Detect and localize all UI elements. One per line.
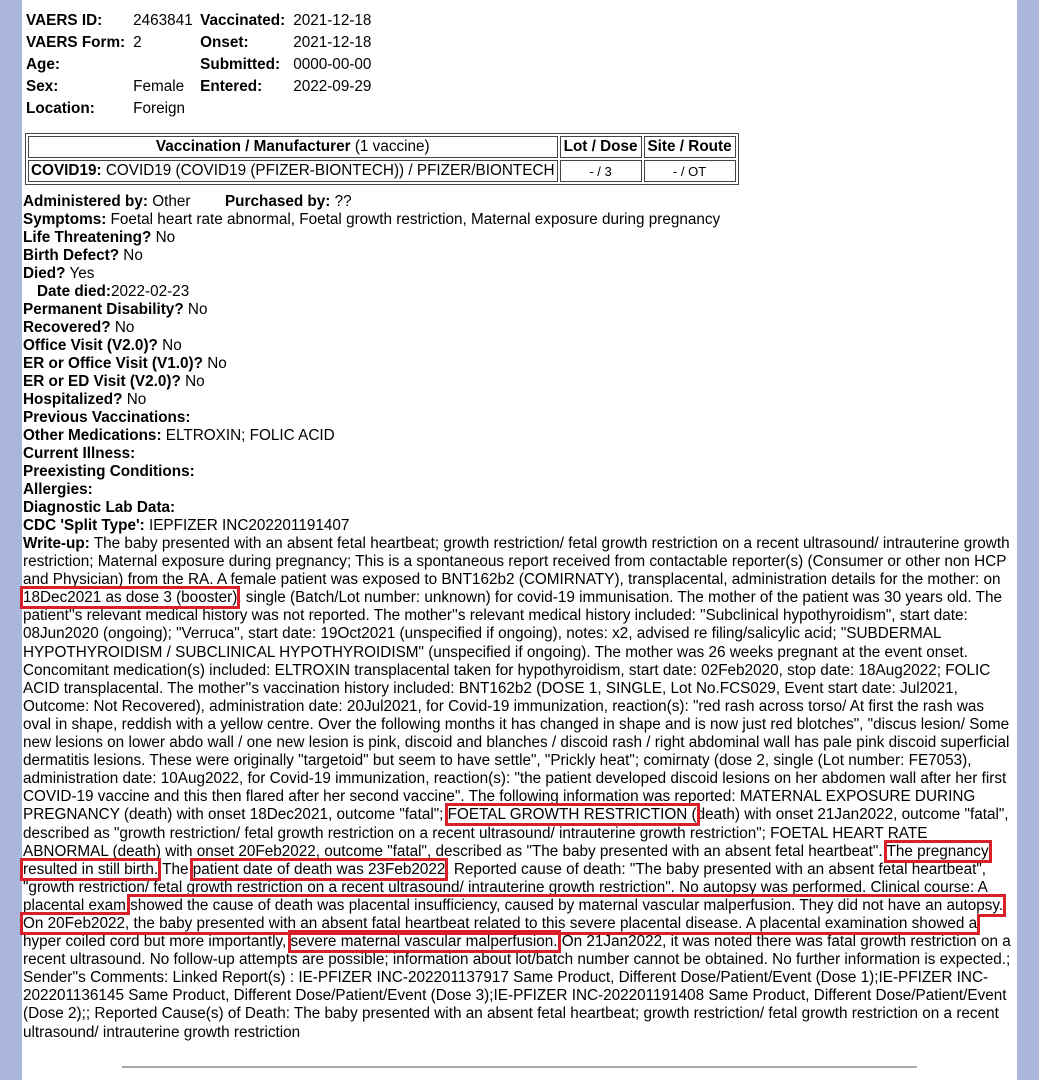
empty-value [290, 98, 376, 120]
location-label: Location: [26, 98, 130, 120]
write-up-text: The [158, 861, 193, 878]
site-route-value: - / OT [644, 160, 736, 182]
lab-data-label: Diagnostic Lab Data: [23, 499, 175, 516]
split-type-label: CDC 'Split Type': [23, 517, 145, 534]
hospitalized-label: Hospitalized? [23, 391, 122, 408]
other-medications-value: ELTROXIN; FOLIC ACID [166, 427, 335, 444]
purchased-by-value: ?? [335, 193, 352, 210]
onset-label: Onset: [200, 32, 290, 54]
recovered-label: Recovered? [23, 319, 111, 336]
birth-defect-value: No [123, 247, 143, 264]
symptoms-line: Symptoms: Foetal heart rate abnormal, Fo… [23, 211, 1018, 229]
birth-defect-label: Birth Defect? [23, 247, 119, 264]
vaccinated-value: 2021-12-18 [290, 10, 376, 32]
report-page: VAERS ID: 2463841 Vaccinated: 2021-12-18… [22, 0, 1017, 1080]
vaccinated-label: Vaccinated: [200, 10, 290, 32]
submitted-value: 0000-00-00 [290, 54, 376, 76]
vaers-form-label: VAERS Form: [26, 32, 130, 54]
administered-purchased-line: Administered by: Other Purchased by: ?? [23, 193, 1018, 211]
summary-row: VAERS ID: 2463841 Vaccinated: 2021-12-18 [26, 10, 376, 32]
submitted-label: Submitted: [200, 54, 290, 76]
write-up-label: Write-up: [23, 535, 90, 552]
vaccine-count: (1 vaccine) [355, 138, 430, 155]
site-route-header: Site / Route [644, 136, 736, 158]
summary-row: Location: Foreign [26, 98, 376, 120]
other-medications-label: Other Medications: [23, 427, 162, 444]
other-medications-line: Other Medications: ELTROXIN; FOLIC ACID [23, 427, 1018, 445]
office-visit-label: Office Visit (V2.0)? [23, 337, 158, 354]
er-office-visit-label: ER or Office Visit (V1.0)? [23, 355, 203, 372]
vaers-form-value: 2 [130, 32, 200, 54]
vaccination-manufacturer-header: Vaccination / Manufacturer (1 vaccine) [28, 136, 558, 158]
summary-row: Age: Submitted: 0000-00-00 [26, 54, 376, 76]
age-label: Age: [26, 54, 130, 76]
recovered-value: No [115, 319, 135, 336]
split-type-value: IEPFIZER INC202201191407 [149, 517, 349, 534]
life-threatening-label: Life Threatening? [23, 229, 151, 246]
office-visit-line: Office Visit (V2.0)? No [23, 337, 1018, 355]
report-details: Administered by: Other Purchased by: ?? … [23, 193, 1018, 535]
date-died-label: Date died: [37, 283, 111, 300]
hospitalized-line: Hospitalized? No [23, 391, 1018, 409]
birth-defect-line: Birth Defect? No [23, 247, 1018, 265]
administered-by-value: Other [152, 193, 190, 210]
vaccination-table-header: Vaccination / Manufacturer (1 vaccine) L… [28, 136, 736, 158]
location-value: Foreign [130, 98, 200, 120]
highlight-foetal-growth-restriction: FOETAL GROWTH RESTRICTION ( [448, 806, 697, 823]
write-up-text: The baby presented with an absent fetal … [23, 535, 1010, 588]
life-threatening-line: Life Threatening? No [23, 229, 1018, 247]
write-up-text: hyper coiled cord but more importantly, [23, 933, 291, 950]
write-up-text: , single (Batch/Lot number: unknown) for… [23, 589, 1009, 823]
lab-data-line: Diagnostic Lab Data: [23, 499, 1018, 517]
office-visit-value: No [162, 337, 182, 354]
er-office-visit-line: ER or Office Visit (V1.0)? No [23, 355, 1018, 373]
life-threatening-value: No [156, 229, 176, 246]
vaccination-table: Vaccination / Manufacturer (1 vaccine) L… [25, 133, 739, 185]
permanent-disability-line: Permanent Disability? No [23, 301, 1018, 319]
sex-value: Female [130, 76, 200, 98]
vaccine-cell: COVID19: COVID19 (COVID19 (PFIZER-BIONTE… [28, 160, 558, 182]
er-ed-visit-value: No [185, 373, 205, 390]
er-ed-visit-label: ER or ED Visit (V2.0)? [23, 373, 181, 390]
entered-label: Entered: [200, 76, 290, 98]
report-summary: VAERS ID: 2463841 Vaccinated: 2021-12-18… [26, 10, 376, 120]
er-ed-visit-line: ER or ED Visit (V2.0)? No [23, 373, 1018, 391]
onset-value: 2021-12-18 [290, 32, 376, 54]
died-line: Died? Yes [23, 265, 1018, 283]
write-up: Write-up: The baby presented with an abs… [23, 535, 1015, 1042]
preexisting-conditions-label: Preexisting Conditions: [23, 463, 195, 480]
empty-label [200, 98, 290, 120]
died-label: Died? [23, 265, 66, 282]
age-value [130, 54, 200, 76]
vaers-id-value: 2463841 [130, 10, 200, 32]
entered-value: 2022-09-29 [290, 76, 376, 98]
previous-vaccinations-label: Previous Vaccinations: [23, 409, 190, 426]
recovered-line: Recovered? No [23, 319, 1018, 337]
highlight-booster-dose: 18Dec2021 as dose 3 (booster) [23, 589, 237, 606]
lot-dose-value: - / 3 [560, 160, 642, 182]
died-value: Yes [69, 265, 94, 282]
sex-label: Sex: [26, 76, 130, 98]
current-illness-label: Current Illness: [23, 445, 135, 462]
vaers-id-label: VAERS ID: [26, 10, 130, 32]
symptoms-value: Foetal heart rate abnormal, Foetal growt… [111, 211, 721, 228]
horizontal-divider [122, 1066, 917, 1068]
preexisting-conditions-line: Preexisting Conditions: [23, 463, 1018, 481]
administered-by-label: Administered by: [23, 193, 148, 210]
highlight-vascular-malperfusion: severe maternal vascular malperfusion. [291, 933, 558, 950]
split-type-line: CDC 'Split Type': IEPFIZER INC2022011914… [23, 517, 1018, 535]
allergies-line: Allergies: [23, 481, 1018, 499]
summary-row: Sex: Female Entered: 2022-09-29 [26, 76, 376, 98]
purchased-by-label: Purchased by: [225, 193, 330, 210]
allergies-label: Allergies: [23, 481, 93, 498]
highlight-placental-insufficiency: showed the cause of death was placental … [23, 897, 1003, 932]
vaccine-name: COVID19 (COVID19 (PFIZER-BIONTECH)) / PF… [106, 162, 555, 179]
permanent-disability-value: No [188, 301, 208, 318]
hospitalized-value: No [127, 391, 147, 408]
table-row: COVID19: COVID19 (COVID19 (PFIZER-BIONTE… [28, 160, 736, 182]
er-office-visit-value: No [207, 355, 227, 372]
date-died-value: 2022-02-23 [111, 283, 189, 300]
highlight-date-of-death: patient date of death was 23Feb2022 [193, 861, 446, 878]
vaccine-type: COVID19: [31, 162, 102, 179]
date-died-line: Date died:2022-02-23 [23, 283, 1018, 301]
lot-dose-header: Lot / Dose [560, 136, 642, 158]
symptoms-label: Symptoms: [23, 211, 106, 228]
previous-vaccinations-line: Previous Vaccinations: [23, 409, 1018, 427]
current-illness-line: Current Illness: [23, 445, 1018, 463]
summary-row: VAERS Form: 2 Onset: 2021-12-18 [26, 32, 376, 54]
vaccination-header-label: Vaccination / Manufacturer [156, 138, 351, 155]
permanent-disability-label: Permanent Disability? [23, 301, 184, 318]
